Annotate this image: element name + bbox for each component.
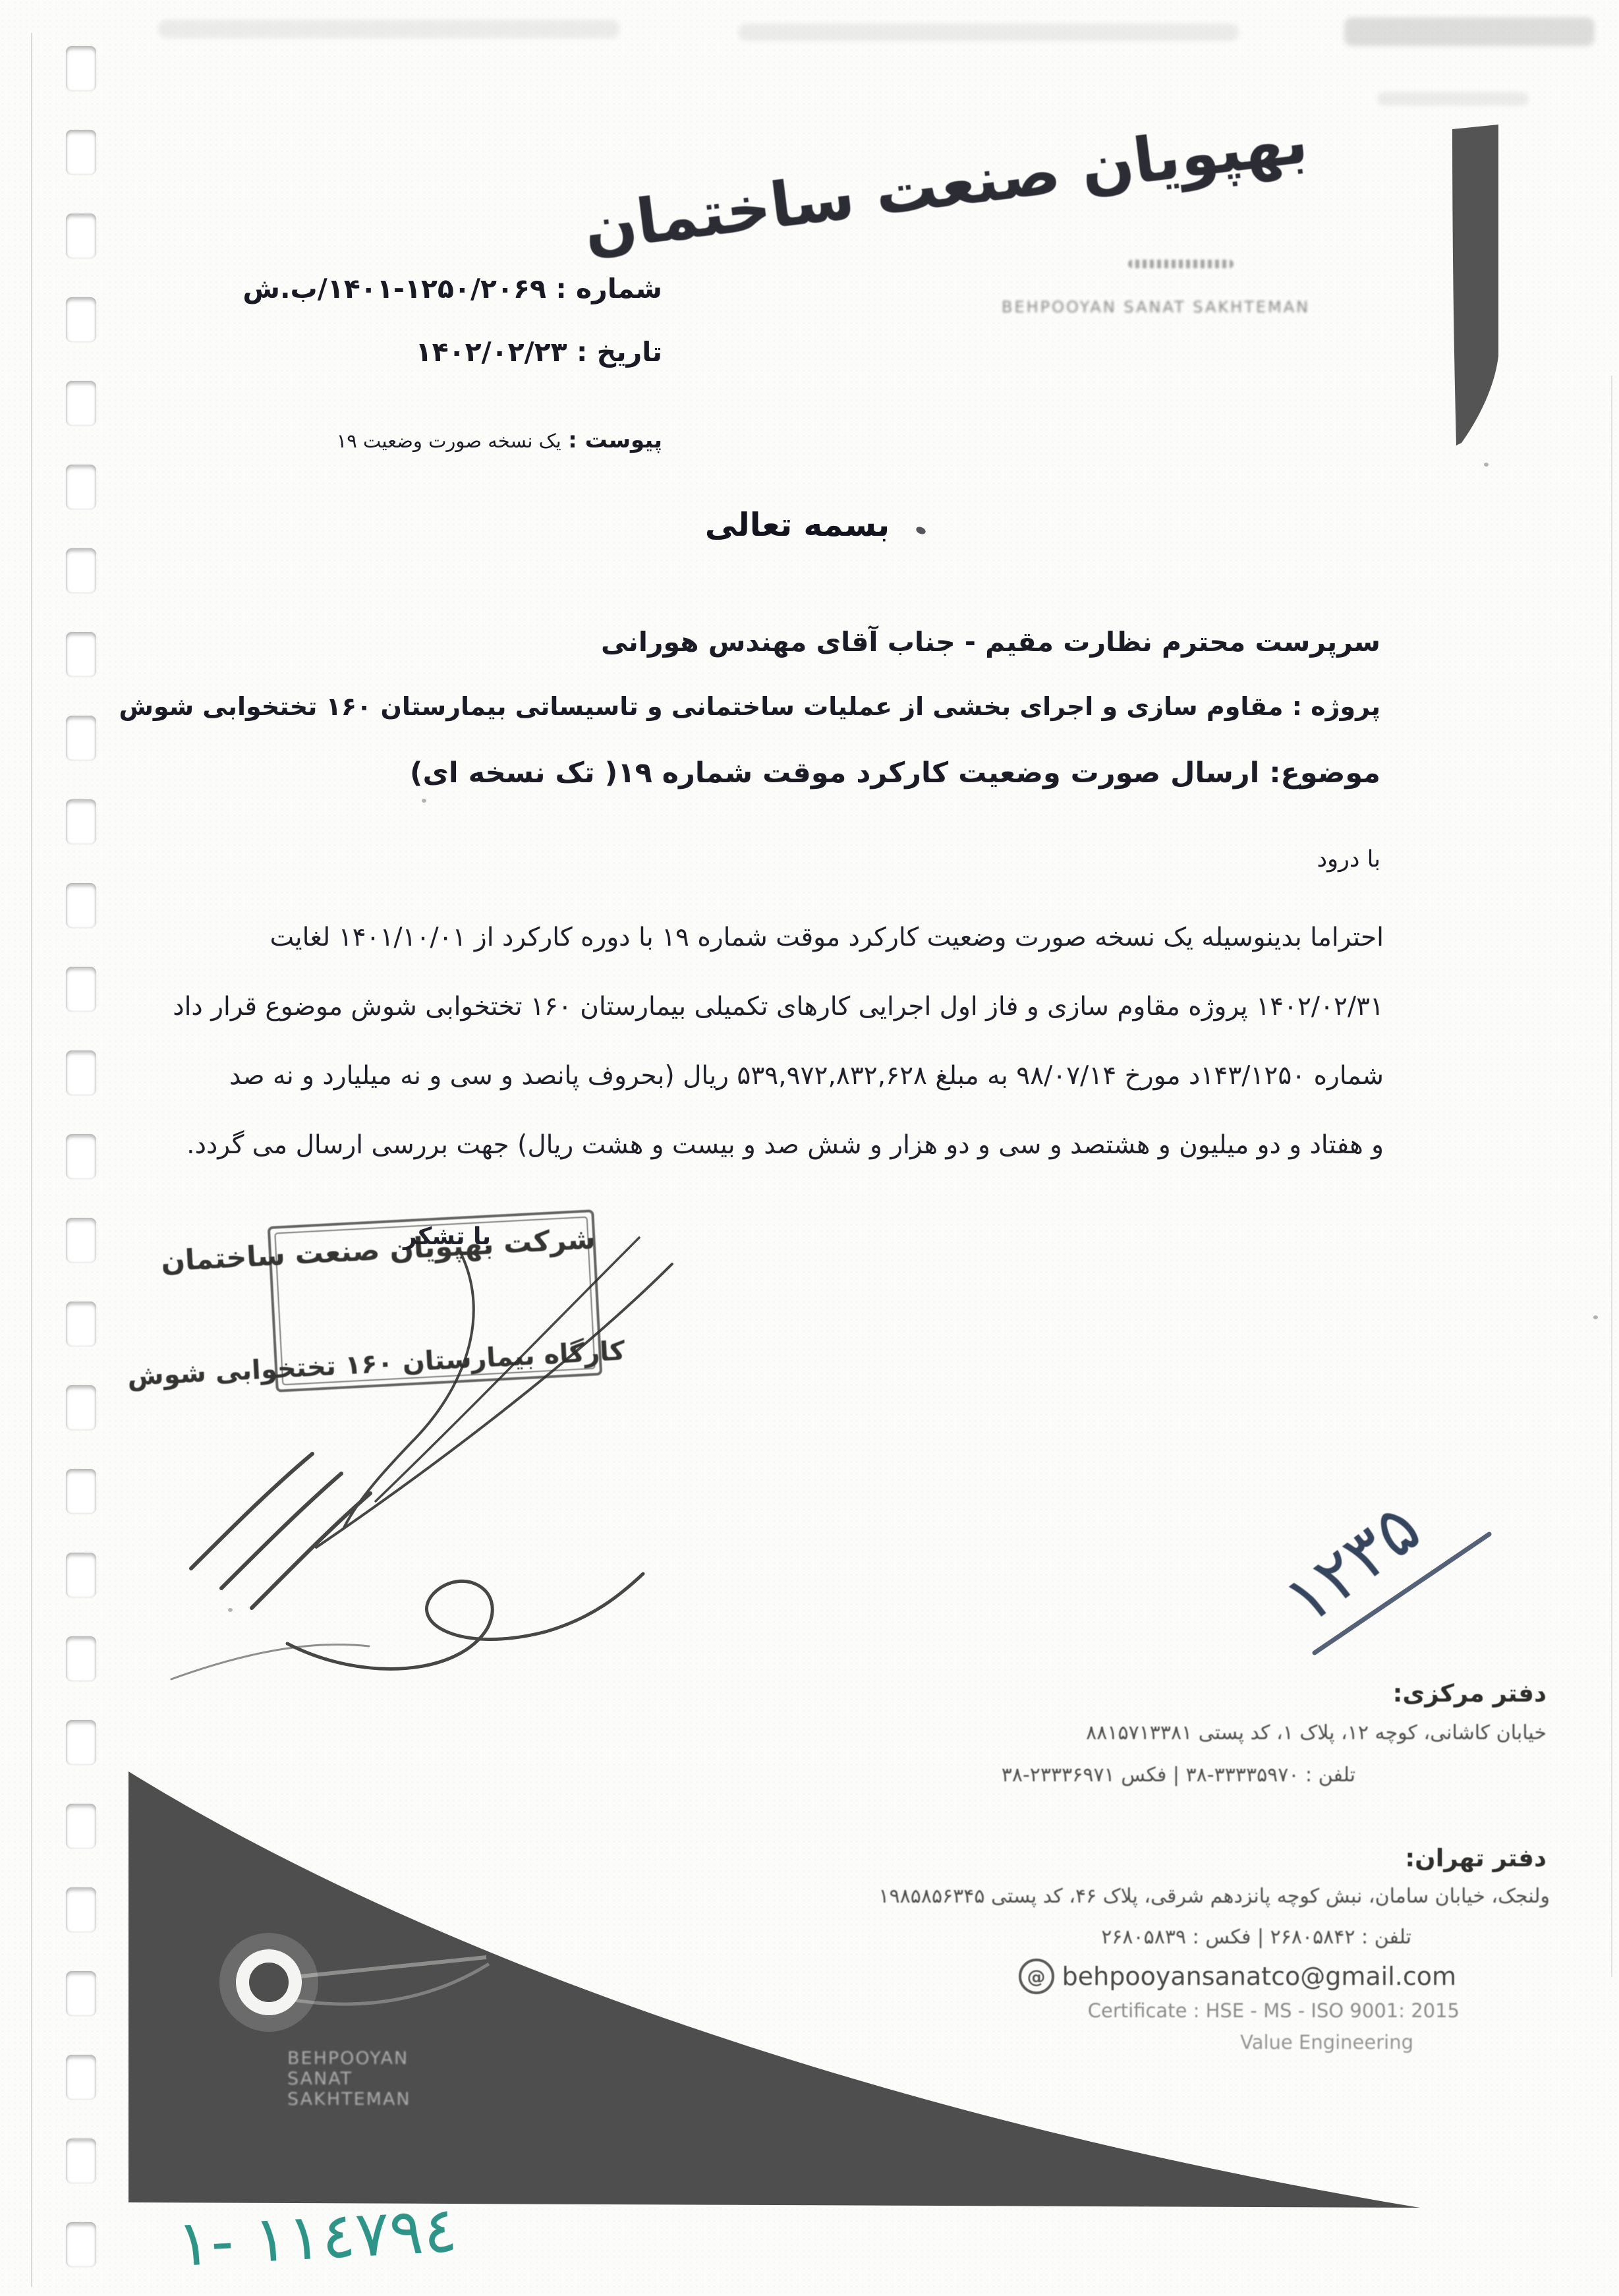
scanned-letter-page: بهپویان صنعت ساختمان BEHPOOYAN SANAT SAK…	[0, 0, 1619, 2296]
letter-number-label: شماره :	[555, 273, 662, 304]
binding-hole	[66, 465, 96, 509]
recipient-line: سرپرست محترم نظارت مقیم - جناب آقای مهند…	[601, 626, 1380, 658]
body-paragraph-line: احتراما بدینوسیله یک نسخه صورت وضعیت کار…	[273, 923, 1384, 952]
scan-edge-line-right	[1611, 376, 1612, 1977]
scan-smudge	[158, 20, 619, 38]
letter-attachment-value: یک نسخه صورت وضعیت ۱۹	[337, 430, 561, 452]
body-paragraph-line: شماره ۱۴۳/۱۲۵۰د مورخ ۹۸/۰۷/۱۴ به مبلغ ۵۳…	[273, 1061, 1384, 1091]
letter-date-value: ۱۴۰۲/۰۲/۲۳	[416, 336, 567, 368]
logo-tagline-illegible	[1128, 260, 1234, 268]
binding-hole	[66, 799, 96, 844]
letter-number-line: شماره : ۱۲۵۰/۲۰۶۹-۱۴۰۱/ب.ش	[242, 273, 662, 304]
body-paragraph-line: ۱۴۰۲/۰۲/۳۱ پروژه مقاوم سازی و فاز اول اج…	[273, 992, 1384, 1021]
scan-speck	[1593, 1315, 1598, 1319]
binding-hole	[66, 130, 96, 175]
letter-date-line: تاریخ : ۱۴۰۲/۰۲/۲۳	[416, 336, 662, 368]
letter-attachment-label: پیوست :	[568, 427, 662, 453]
binding-hole	[66, 46, 96, 91]
footer-logo-wordmark: BEHPOOYAN SANAT SAKHTEMAN	[287, 2048, 411, 2109]
letter-date-label: تاریخ :	[577, 336, 662, 368]
binding-hole	[66, 1134, 96, 1179]
scan-smudge	[738, 24, 1239, 41]
subject-line: موضوع: ارسال صورت وضعیت کارکرد موقت شمار…	[410, 757, 1380, 789]
binding-hole	[66, 297, 96, 342]
green-handwritten-number: ١١٤٧٩٤ -١	[175, 2193, 459, 2281]
letter-number-value: ۱۲۵۰/۲۰۶۹-۱۴۰۱/ب.ش	[242, 273, 546, 304]
binding-hole	[66, 381, 96, 426]
company-logo-latin: BEHPOOYAN SANAT SAKHTEMAN	[1002, 298, 1292, 316]
head-office-label: دفتر مرکزی:	[1393, 1679, 1547, 1708]
footer-logo-word: SAKHTEMAN	[287, 2089, 411, 2109]
besmele-heading: بسمه تعالی	[698, 506, 896, 544]
binding-hole	[66, 214, 96, 258]
head-office-address: خیابان کاشانی، کوچه ۱۲، پلاک ۱، کد پستی …	[1086, 1721, 1547, 1744]
scan-speck	[1484, 463, 1489, 467]
binding-hole	[66, 883, 96, 928]
scan-speck	[422, 799, 426, 803]
binding-hole	[66, 716, 96, 761]
binding-hole	[66, 548, 96, 593]
body-paragraph-line: و هفتاد و دو میلیون و هشتصد و سی و دو هز…	[273, 1130, 1384, 1160]
project-line: پروژه : مقاوم سازی و اجرای بخشی از عملیا…	[119, 692, 1380, 721]
binding-hole	[66, 967, 96, 1012]
binding-hole	[66, 1050, 96, 1095]
scan-smudge	[1377, 92, 1529, 105]
letter-attachment-line: پیوست : یک نسخه صورت وضعیت ۱۹	[337, 427, 662, 453]
handwritten-signature	[92, 1218, 745, 1699]
letterhead-pennant-shape	[1450, 124, 1502, 448]
footer-logo-word: SANAT	[287, 2069, 411, 2089]
footer-logo-word: BEHPOOYAN	[287, 2048, 411, 2069]
salutation-line: با درود	[1317, 846, 1380, 873]
binding-hole	[66, 632, 96, 677]
scan-smudge	[1344, 17, 1595, 46]
ink-blot	[915, 525, 927, 535]
company-logo-calligraphy: بهپویان صنعت ساختمان	[741, 105, 1312, 246]
